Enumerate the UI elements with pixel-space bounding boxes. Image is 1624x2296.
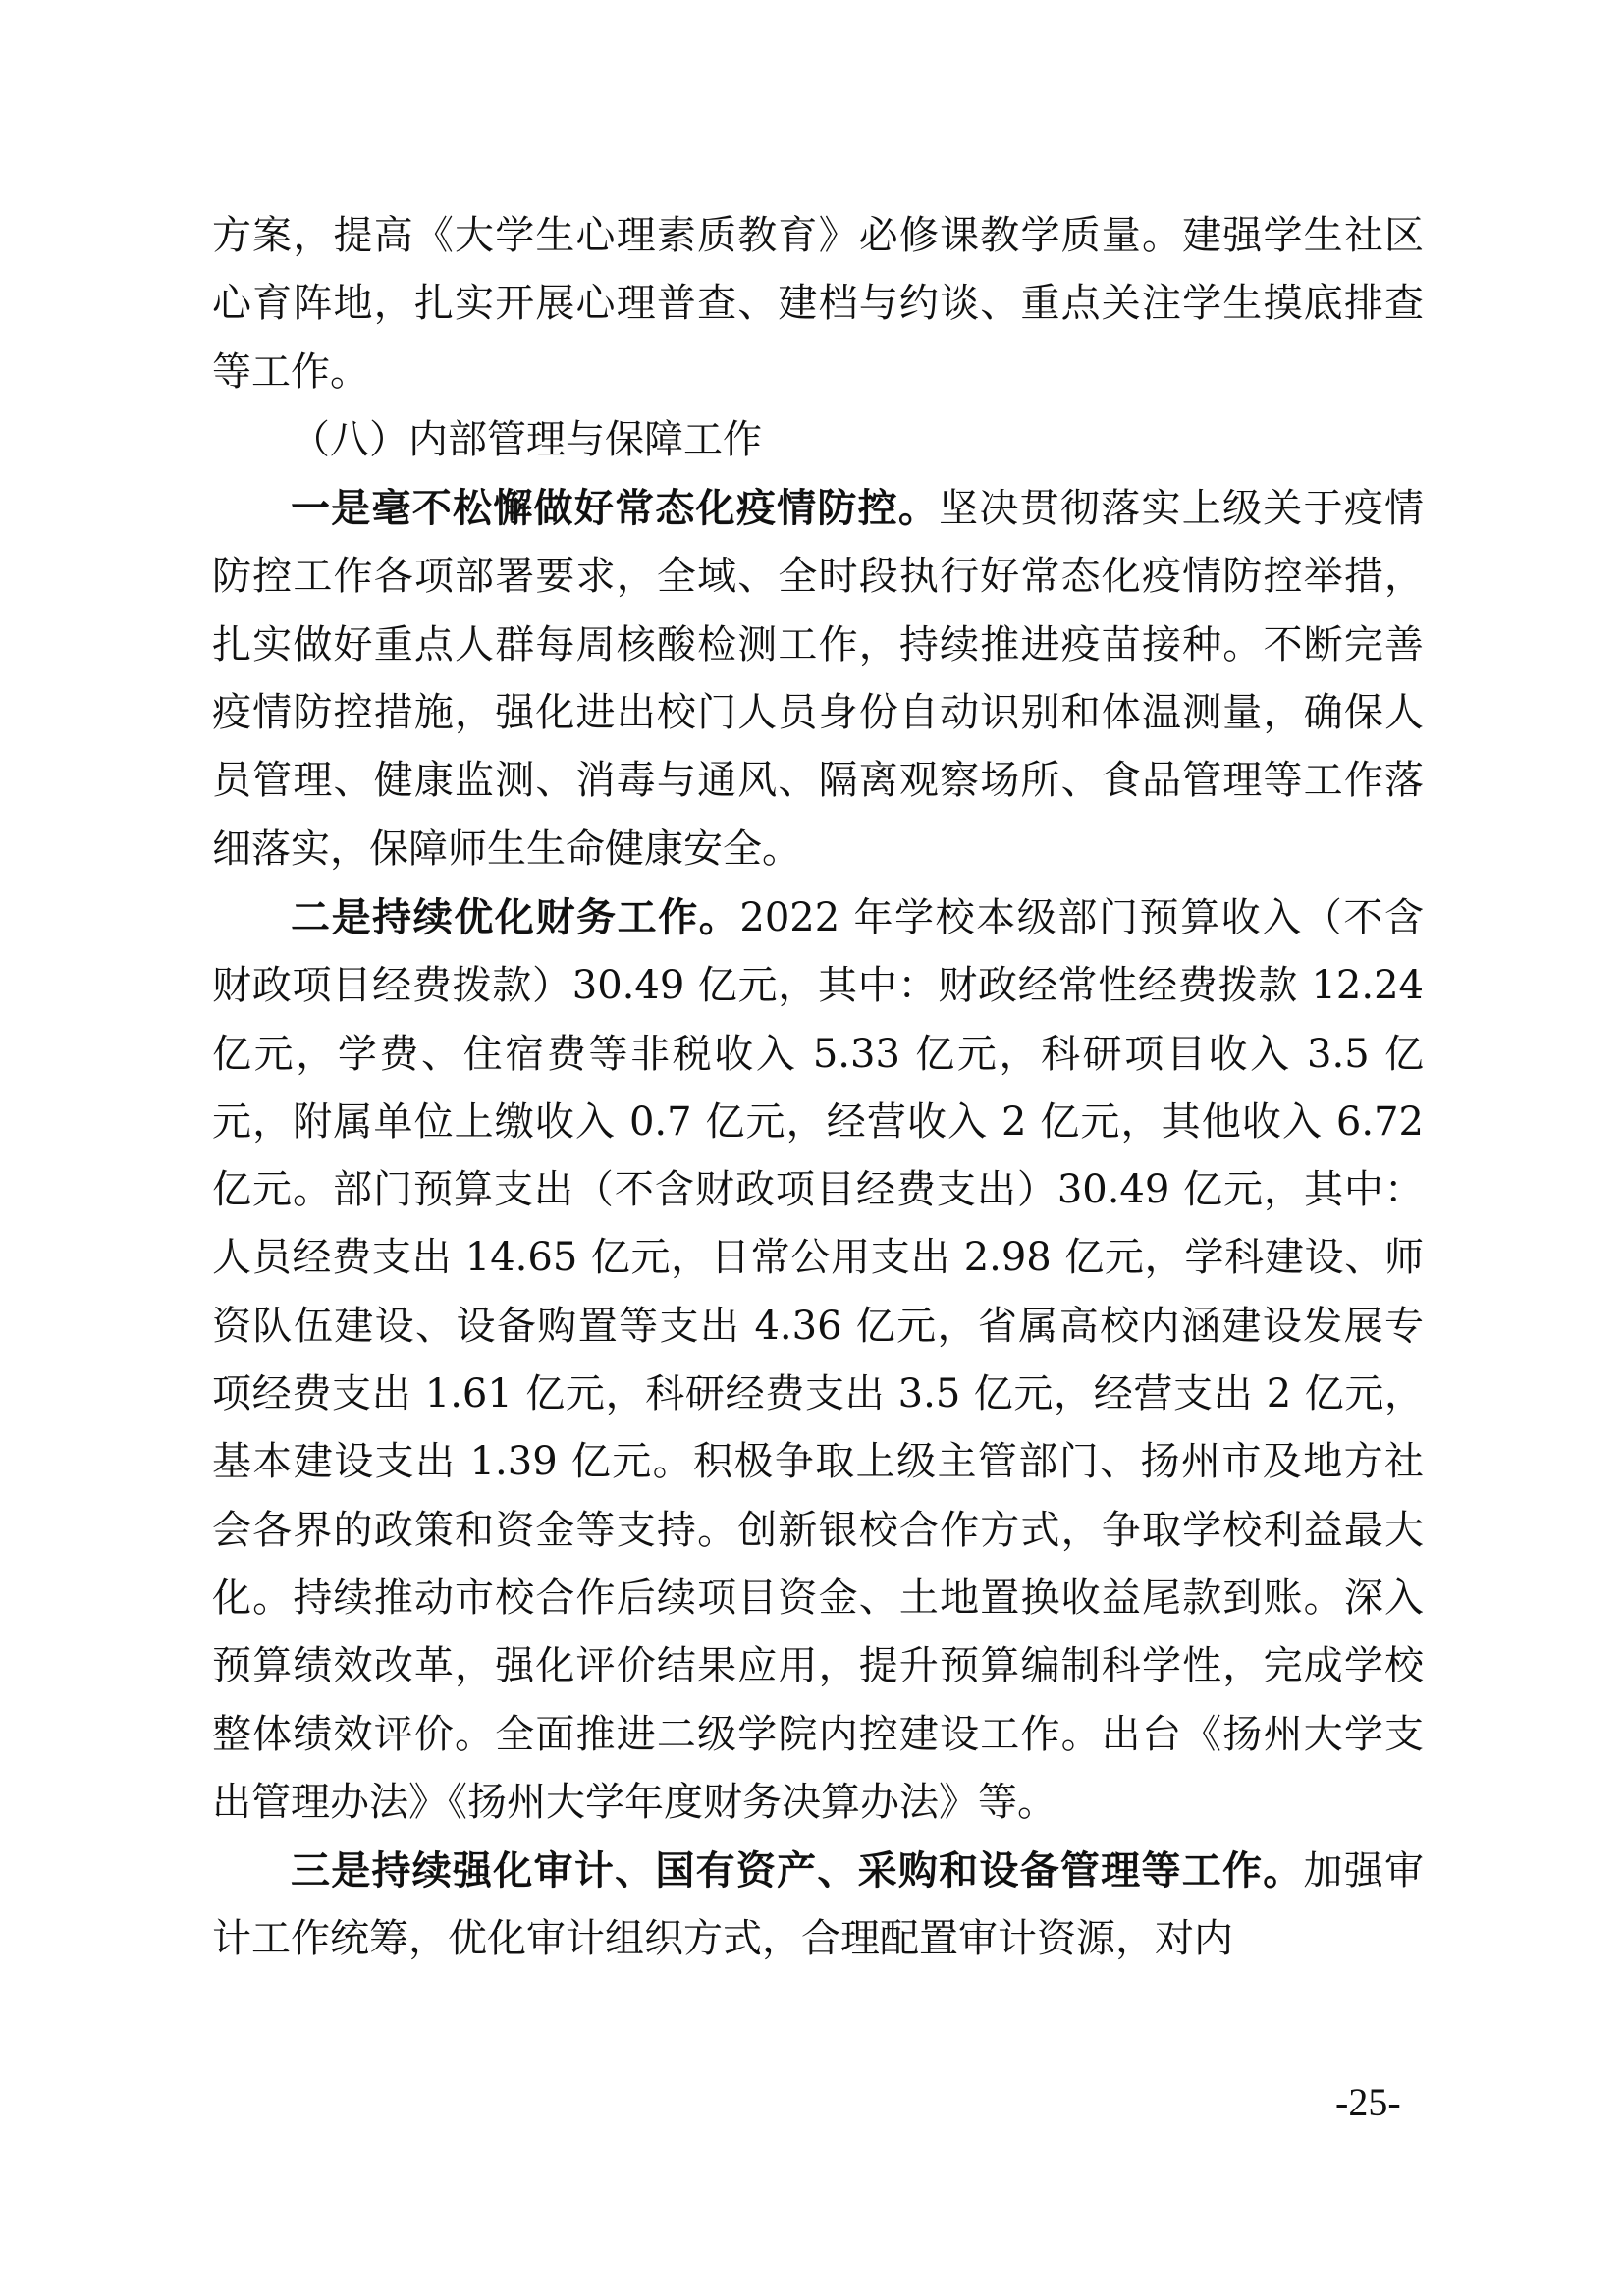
item-paragraph-1: 一是毫不松懈做好常态化疫情防控。坚决贯彻落实上级关于疫情防控工作各项部署要求，全… (212, 474, 1424, 883)
item-paragraph-3: 三是持续强化审计、国有资产、采购和设备管理等工作。加强审计工作统筹，优化审计组织… (212, 1837, 1424, 1974)
item-text-1: 坚决贯彻落实上级关于疫情防控工作各项部署要求，全域、全时段执行好常态化疫情防控举… (212, 486, 1424, 871)
page-number: -25- (1335, 2079, 1401, 2125)
section-heading: （八）内部管理与保障工作 (212, 406, 1424, 474)
item-lead-2: 二是持续优化财务工作。 (291, 894, 739, 940)
paragraph-text: 方案，提高《大学生心理素质教育》必修课教学质量。建强学生社区心育阵地，扎实开展心… (212, 213, 1424, 395)
document-page: 方案，提高《大学生心理素质教育》必修课教学质量。建强学生社区心育阵地，扎实开展心… (212, 202, 1424, 1974)
item-text-2: 2022 年学校本级部门预算收入（不含财政项目经费拨款）30.49 亿元，其中：… (212, 895, 1424, 1825)
item-lead-1: 一是毫不松懈做好常态化疫情防控。 (291, 485, 939, 531)
item-paragraph-2: 二是持续优化财务工作。2022 年学校本级部门预算收入（不含财政项目经费拨款）3… (212, 883, 1424, 1837)
item-lead-3: 三是持续强化审计、国有资产、采购和设备管理等工作。 (291, 1847, 1303, 1894)
paragraph-continuation: 方案，提高《大学生心理素质教育》必修课教学质量。建强学生社区心育阵地，扎实开展心… (212, 202, 1424, 406)
